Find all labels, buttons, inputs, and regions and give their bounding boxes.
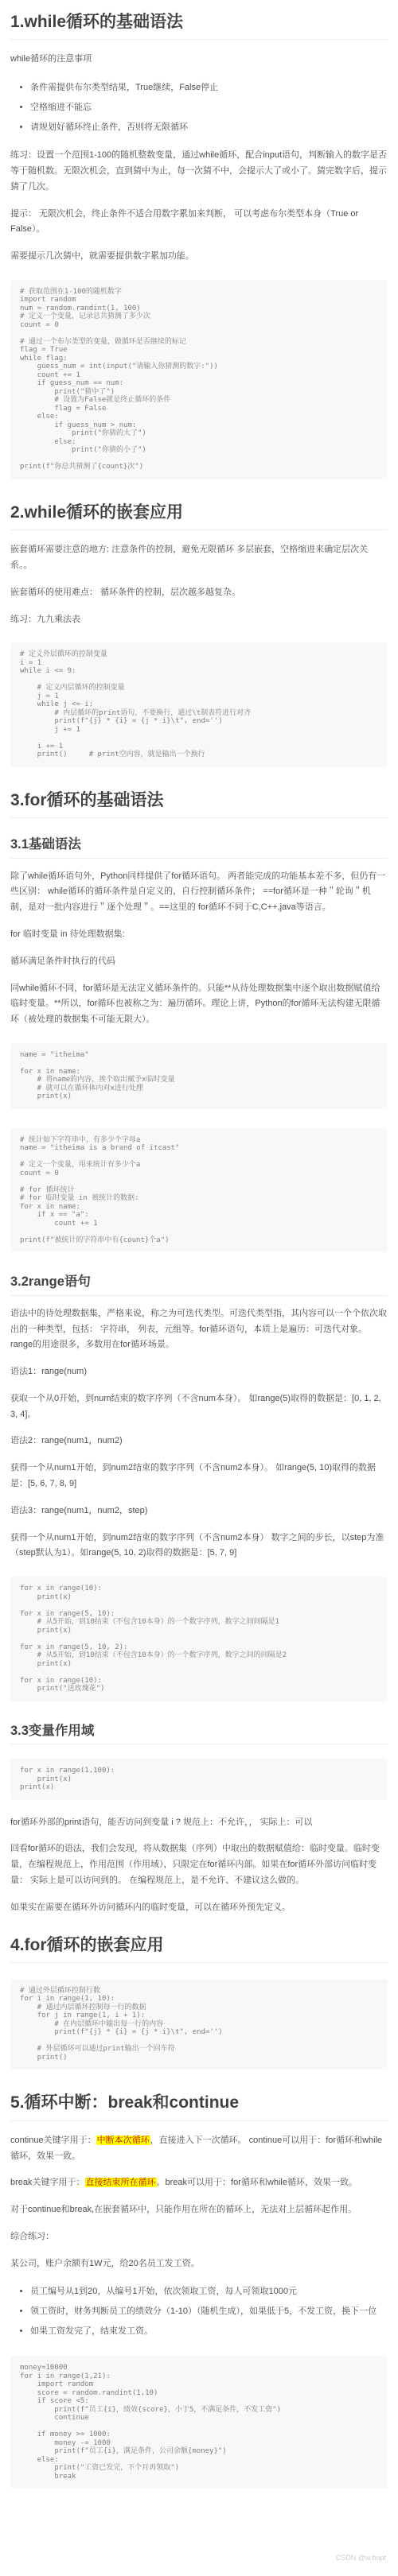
code-block-salary: money=10000 for i in range(1,21): import…: [10, 2356, 388, 2489]
heading-for-nested: 4.for循环的嵌套应用: [10, 1934, 388, 1963]
heading-for-basic-syntax: 3.1基础语法: [10, 836, 388, 858]
paragraph-for-syntax: for 临时变量 in 待处理数据集:: [10, 927, 388, 943]
paragraph-for-body: 循环满足条件时执行的代码: [10, 954, 388, 970]
paragraph-scope-predefine: 如果实在需要在循环外访问循环内的临时变量，可以在循环外预先定义。: [10, 1900, 388, 1916]
code-block-multiplication-table-for: # 通过外层循环控制行数 for i in range(1, 10): # 通过…: [10, 1979, 388, 2070]
paragraph-scope-limit: 对于continue和break,在嵌套循环中，只能作用在所在的循环上，无法对上…: [10, 2202, 388, 2218]
paragraph-exercise: 练习：设置一个范围1-100的随机整数变量，通过while循环，配合input语…: [10, 148, 388, 195]
list-item: 领工资时，财务判断员工的绩效分（1-10）（随机生成），如果低于5，不发工资，换…: [30, 2302, 388, 2322]
paragraph-range-syntax1: 语法1：range(num): [10, 1364, 388, 1380]
code-block-scope-example: for x in range(1,100): print(x) print(x): [10, 1759, 388, 1800]
list-item: 条件需提供布尔类型结果，True继续，False停止: [30, 78, 388, 98]
paragraph-range-syntax1-desc: 获取一个从0开始，到num结束的数字序列（不含num本身）。 如range(5)…: [10, 1391, 388, 1423]
paragraph-continue: continue关键字用于：中断本次循环，直接进入下一次循环。 continue…: [10, 2133, 388, 2165]
paragraph-nested-exercise: 练习：九九乘法表: [10, 612, 388, 628]
code-block-range-examples: for x in range(10): print(x) for x in ra…: [10, 1577, 388, 1701]
continue-text-pre: continue关键字用于：: [10, 2136, 96, 2145]
list-item: 空格缩进不能忘: [30, 98, 388, 118]
code-block-for-itheima: name = "itheima" for x in name: # 将name的…: [10, 1043, 388, 1109]
paragraph-count-note: 需要提示几次猜中，就需要提供数字累加功能。: [10, 249, 388, 265]
paragraph-break: break关键字用于：直接结束所在循环。break可以用于：for循环和whil…: [10, 2175, 388, 2191]
paragraph-iterable-intro: 语法中的待处理数据集，严格来说，称之为可迭代类型。可迭代类型指，其内容可以一个个…: [10, 1306, 388, 1353]
paragraph-hint: 提示： 无限次机会，终止条件不适合用数字累加来判断， 可以考虑布尔类型本身（Tr…: [10, 207, 388, 239]
continue-highlight: 中断本次循环: [96, 2136, 150, 2145]
csdn-watermark: CSDN @w.bupt: [10, 2498, 388, 2568]
heading-variable-scope: 3.3变量作用域: [10, 1722, 388, 1744]
paragraph-comprehensive-exercise: 综合练习：: [10, 2229, 388, 2245]
code-block-count-a: # 统计如下字符串中，有多少个字母a name = "itheima is a …: [10, 1128, 388, 1253]
break-text-pre: break关键字用于：: [10, 2178, 85, 2187]
break-text-post: 。break可以用于：for循环和while循环，效果一致。: [157, 2178, 357, 2187]
paragraph-scope-explain: 回看for循环的语法，我们会发现，将从数据集（序列）中取出的数据赋值给：临时变量…: [10, 1841, 388, 1888]
salary-rules-list: 员工编号从1到20，从编号1开始，依次领取工资，每人可领取1000元 领工资时，…: [10, 2282, 388, 2341]
list-item: 如果工资发完了，结束发工资。: [30, 2322, 388, 2341]
while-notes-list: 条件需提供布尔类型结果，True继续，False停止 空格缩进不能忘 请规划好循…: [10, 78, 388, 138]
code-block-multiplication-table-while: # 定义外层循环的控制变量 i = 1 while i <= 9: # 定义内层…: [10, 642, 388, 767]
paragraph-range-syntax3-desc: 获得一个从num1开始，到num2结束的数字序列（不含num2本身） 数字之间的…: [10, 1530, 388, 1562]
paragraph-while-notes: while循环的注意事项: [10, 52, 388, 68]
heading-break-continue: 5.循环中断：break和continue: [10, 2092, 388, 2120]
paragraph-range-syntax2-desc: 获得一个从num1开始，到num2结束的数字序列（不含num2本身）。 如ran…: [10, 1461, 388, 1492]
paragraph-company-intro: 某公司，账户余额有1W元，给20名员工发工资。: [10, 2256, 388, 2272]
paragraph-nested-difficulty: 嵌套循环的使用难点： 循环条件的控制，层次越多越复杂。: [10, 585, 388, 601]
list-item: 员工编号从1到20，从编号1开始，依次领取工资，每人可领取1000元: [30, 2282, 388, 2302]
paragraph-range-syntax2: 语法2：range(num1，num2): [10, 1433, 388, 1449]
list-item: 请规划好循环终止条件，否则将无限循环: [30, 118, 388, 138]
heading-while-nested: 2.while循环的嵌套应用: [10, 502, 388, 530]
paragraph-for-intro: 除了while循环语句外，Python同样提供了for循环语句。 两者能完成的功…: [10, 869, 388, 916]
break-highlight: 直接结束所在循环: [85, 2178, 157, 2187]
code-block-guess-number: # 获取范围在1-100的随机数字 import random num = ra…: [10, 280, 388, 479]
article-page: 1.while循环的基础语法 while循环的注意事项 条件需提供布尔类型结果，…: [0, 0, 398, 2576]
heading-for-basics: 3.for循环的基础语法: [10, 789, 388, 818]
paragraph-for-traverse: 同while循环不同，for循环是无法定义循环条件的。只能**从待处理数据集中逐…: [10, 981, 388, 1028]
paragraph-nested-notes: 嵌套循环需要注意的地方: 注意条件的控制，避免无限循环 多层嵌套，空格缩进来确定…: [10, 542, 388, 574]
paragraph-scope-question: for循环外部的print语句，能否访问到变量 i ? 规范上：不允许，， 实际…: [10, 1815, 388, 1831]
heading-range-statement: 3.2range语句: [10, 1273, 388, 1295]
paragraph-range-syntax3: 语法3：range(num1，num2，step): [10, 1503, 388, 1519]
heading-while-basics: 1.while循环的基础语法: [10, 11, 388, 40]
